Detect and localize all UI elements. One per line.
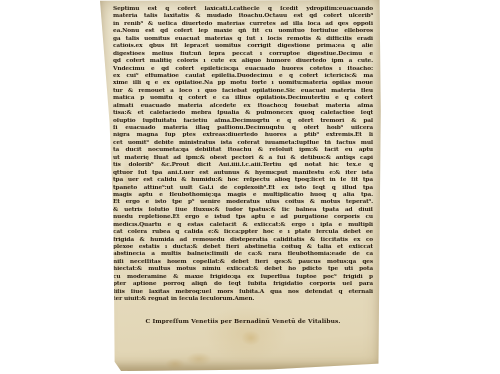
text-line: cat colera rubea q calida ē:& ſicca:ppte… [113, 229, 373, 236]
text-line: ex cui⁹ effumatiōe cauſat epileſia.Duode… [113, 73, 373, 80]
text-line: nuēdū repletionē.Et ergo ē istud tps apt… [113, 214, 373, 221]
text-line: abstinēcia a multis balneis:ſimili de cā… [113, 251, 373, 258]
text-line: tpāneto attinē⁹:ut uult Gal.i de cōplexō… [113, 185, 373, 192]
text-line: qd cōfert malitię coloris ī cute ex aliq… [113, 58, 373, 65]
text-line: tis dolorib⁹ &c.Prout dicit Aui.iiii.l.c… [113, 162, 373, 169]
text-line: pter aptiōnē porroq aliqñ do ſeqt ſubita… [113, 281, 373, 288]
text-line: niſi neceſſitas hoīem cōpellat:& debet f… [113, 259, 373, 266]
text-line: matica p uomitū q cōfert ē cā illius opi… [113, 95, 373, 102]
text-line: materiā talis laxitatis & mūdādo ſtōachū… [113, 13, 373, 20]
text-line: magis aptū ē fleubothomię:qa magis ē mul… [113, 192, 373, 199]
text-line: ter uiuit:& regnat in ſecula ſeculorum.A… [113, 296, 373, 303]
text-line: nigra magna ſup ptes extrēas:diuertēdo h… [113, 132, 373, 139]
foxing-stain [162, 356, 188, 372]
text-line: digestiōes melius fiūt:uñ lepra peccat ī… [113, 51, 373, 58]
text-line: catiōis.ex qbus fit lepra:ēt uomitus cor… [113, 43, 373, 50]
text-line: liſis ſiue laxitas mēbroq:uel mors ſubit… [113, 289, 373, 296]
text-line: tpa uer est calidū & humidū:& hoc reſpec… [113, 177, 373, 184]
text-line: xime illi q ē ex opilatiōe.Nā pp motū fo… [113, 80, 373, 87]
text-line: cū moderamine & maxīe frigido:qa ex ſupe… [113, 274, 373, 281]
colophon: C Impreſſum Venetiis per Bernadinū Venet… [113, 318, 373, 326]
text-line: cet uomit⁹ debite ministratus ista cōfer… [113, 140, 373, 147]
photographed-book-leaf: 13 4 Septimū est q cōfert laxicati.l.cat… [0, 0, 500, 374]
text-line: tur & remouet a loco ī quo faciebat opil… [113, 88, 373, 95]
text-line: & uētris ſolutio ſiue fluxus:& ſudor tpa… [113, 207, 373, 214]
latin-text-block: Septimū est q cōfert laxicati.l.cathecle… [113, 6, 373, 304]
foxing-stain [238, 328, 264, 348]
text-line: Vndecimū ē qd cōfert epilēticis:qa euacu… [113, 66, 373, 73]
text-line: oſūptio ſupfluitatū faciētiū aſma.Decimū… [113, 118, 373, 125]
text-line: Septimū est q cōfert laxicati.l.cathecle… [113, 6, 373, 13]
text-line: Et ergo ē isto tpe p⁹ uenire moderatus u… [113, 199, 373, 206]
text-line: eā.Nonū est qd cōfert lep maxie qñ fit c… [113, 28, 373, 35]
text-line: ta ducit nocumēta:qa debilitat ſtōachū &… [113, 147, 373, 154]
text-line: ut materię fluāt ad ipm:& obest pectori … [113, 155, 373, 162]
text-line: ga talis uomitus euacuat materias q ſūt … [113, 36, 373, 43]
text-line: frigida & humida ad remouēdū distēperāti… [113, 237, 373, 244]
text-line: aſmati euacuādo materiā aſcedētē ex ſtōa… [113, 103, 373, 110]
text-line: plēxōe estatis ī ductā:& debet fieri abs… [113, 244, 373, 251]
text-line: qttuor ſūt tpa āni.ſ.uer est autūnus & h… [113, 170, 373, 177]
foxing-stain [182, 350, 216, 368]
text-line: in renib⁹ & ueſica diuertēdo materias cu… [113, 21, 373, 28]
text-line: medicīs.Quartū ē q estas calefacit & exſ… [113, 222, 373, 229]
text-line: hiectat:& multus motus nimiū exſiccat:& … [113, 266, 373, 273]
colophon-row: C Impreſſum Venetiis per Bernadinū Venet… [113, 314, 373, 322]
book-page: Septimū est q cōfert laxicati.l.cathecle… [100, 0, 381, 371]
text-line: tisā:& ēt calefaciēdo mēbra ſpūalia & pu… [113, 110, 373, 117]
text-line: ſi euacuādo materiā illaq paſſionū.Decim… [113, 125, 373, 132]
